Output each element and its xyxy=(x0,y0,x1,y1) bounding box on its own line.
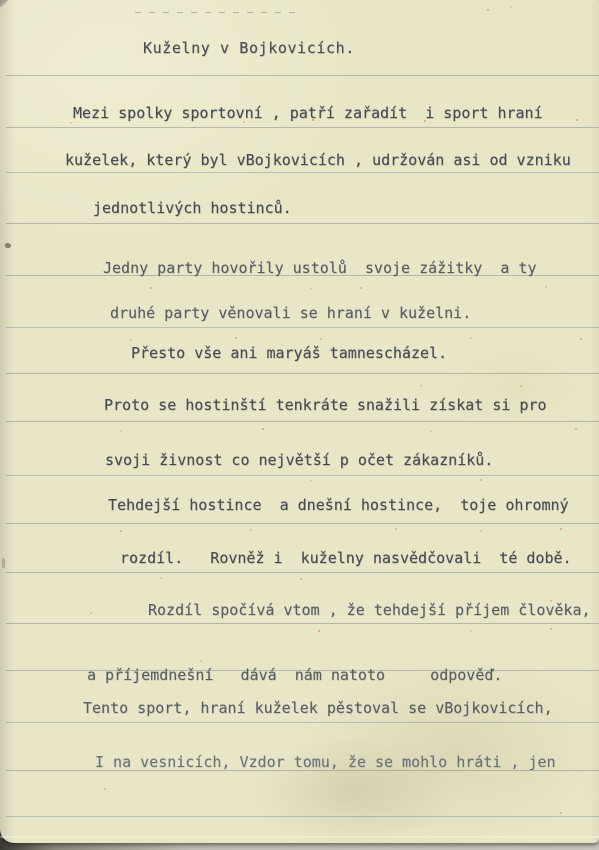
ruled-line xyxy=(6,373,599,374)
typewritten-line: Proto se hostinští tenkráte snažili získ… xyxy=(104,396,547,414)
ruled-line xyxy=(6,75,599,76)
ruled-line xyxy=(6,327,599,328)
ruled-line xyxy=(6,722,599,723)
offset-print-trace xyxy=(135,12,297,13)
paper-speckles xyxy=(0,0,2,2)
document-title: Kuželny v Bojkovicích. xyxy=(143,39,355,57)
typewritten-line: Přesto vše ani maryáš tamnescházel. xyxy=(131,344,447,362)
ruled-line xyxy=(6,421,599,422)
ruled-line xyxy=(6,623,599,624)
typewritten-line: Rozdíl spočívá vtom , že tehdejší příjem… xyxy=(148,601,591,619)
ruled-line xyxy=(6,223,599,224)
typewritten-line: Tento sport, hraní kuželek pěstoval se v… xyxy=(83,699,553,717)
typewritten-line: jednotlivých hostinců. xyxy=(93,199,292,217)
paper-bottom-edge xyxy=(0,836,599,838)
typewritten-line: Mezi spolky sportovní , patří zařadít i … xyxy=(73,104,543,122)
typewritten-line: kuželek, který byl vBojkovicích , udržov… xyxy=(65,151,571,169)
typewritten-line: Jedny party hovořily ustolů svoje zážitk… xyxy=(103,259,536,277)
paper-edge-mark xyxy=(2,558,5,568)
notebook-page: Kuželny v Bojkovicích. Mezi spolky sport… xyxy=(0,0,599,843)
typewritten-line: druhé party věnovali se hraní v kuželni. xyxy=(110,304,471,322)
ruled-line xyxy=(6,523,599,524)
paper-edge-mark xyxy=(5,243,11,248)
ruled-line xyxy=(6,816,599,817)
typewritten-line: svoji živnost co největší p očet zákazní… xyxy=(105,451,493,469)
ruled-line xyxy=(6,572,599,573)
typewritten-line: I na vesnicích, Vzdor tomu, že se mohlo … xyxy=(95,753,556,771)
typewritten-line: Tehdejší hostince a dnešní hostince, toj… xyxy=(108,496,569,514)
ruled-line xyxy=(6,127,599,128)
ruled-line xyxy=(6,172,599,173)
typewritten-line: a příjemdnešní dává nám natoto odpověď. xyxy=(87,666,502,684)
typewritten-line: rozdíl. Rovněž i kuželny nasvědčovali té… xyxy=(120,549,572,567)
ruled-line xyxy=(6,475,599,476)
